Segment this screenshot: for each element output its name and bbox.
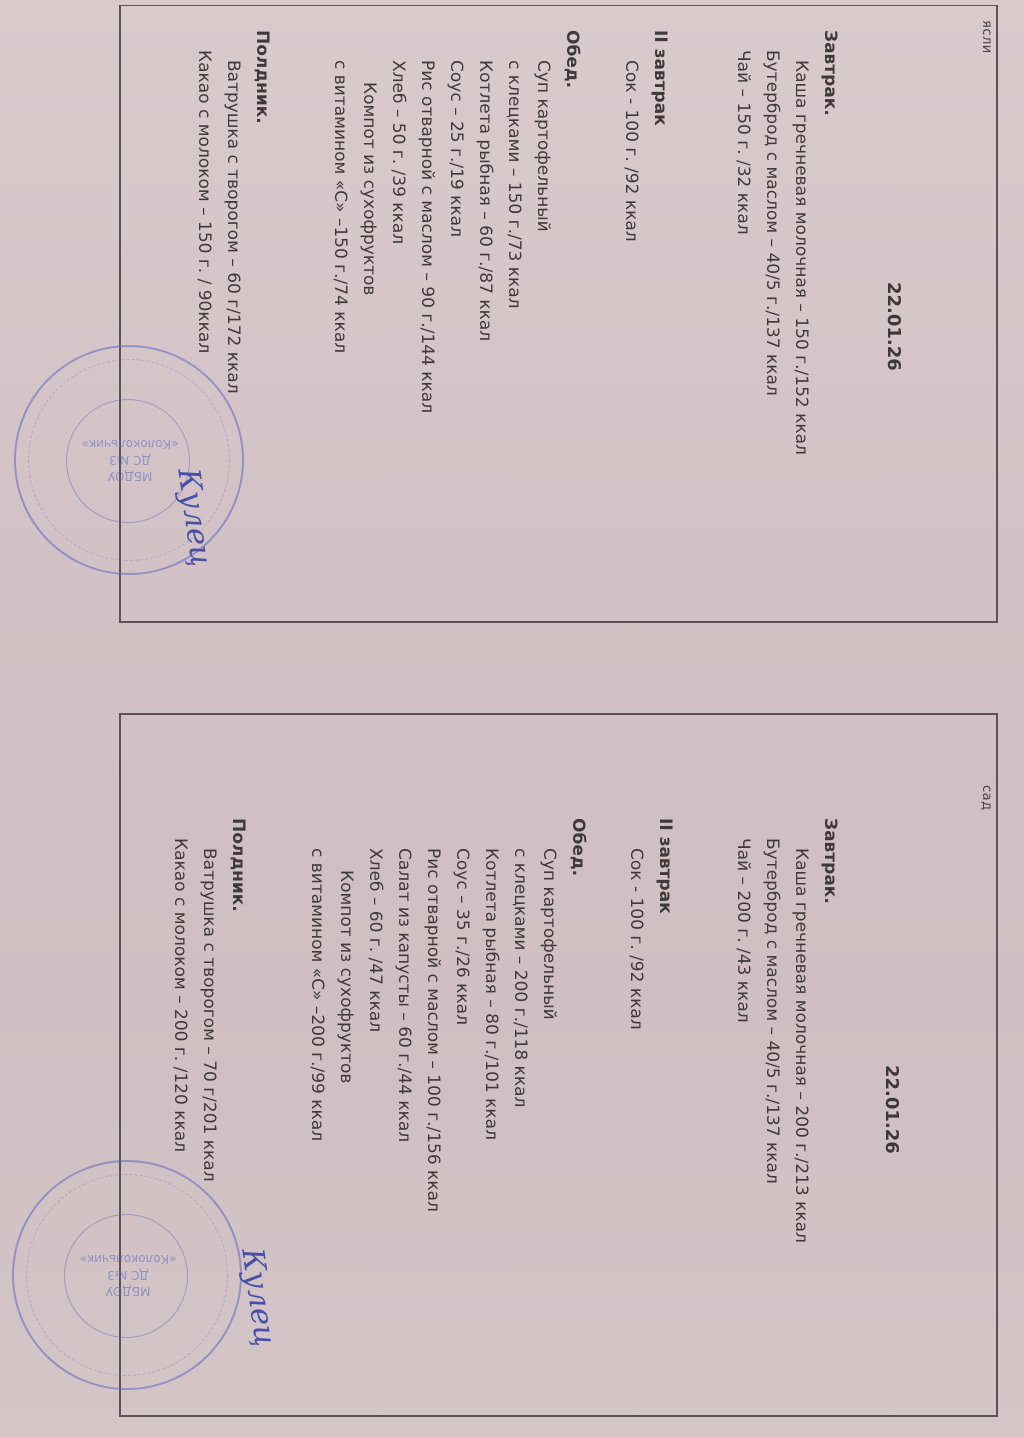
meal-title: Завтрак. [815, 818, 844, 1243]
menu-item: с витамином «С» –200 г./99 ккал [302, 818, 331, 1212]
meal-second-breakfast-nursery: II завтрак Сок - 100 г. /92 ккал [616, 30, 674, 242]
menu-item: Каша гречневая молочная – 200 г./213 кка… [786, 818, 815, 1243]
menu-item: Компот из сухофруктов [354, 30, 383, 413]
group-label-nursery: ясли [979, 20, 994, 54]
meal-title: II завтрак [645, 30, 674, 242]
menu-item: Бутерброд с маслом – 40/5 г./137 ккал [757, 818, 786, 1243]
menu-date-garden: 22.01.26 [881, 1065, 902, 1154]
meal-title: Полдник. [223, 818, 252, 1182]
menu-item: Соус – 35 г./26 ккал [447, 818, 476, 1212]
menu-item: с витамином «С» –150 г./74 ккал [325, 30, 354, 413]
menu-item: Компот из сухофруктов [331, 818, 360, 1212]
meal-title: Обед. [563, 818, 592, 1212]
menu-item: с клецками – 150 г./73 ккал [499, 30, 528, 413]
meal-title: II завтрак [650, 818, 679, 1030]
menu-item: Чай – 200 г. /43 ккал [728, 818, 757, 1243]
meal-lunch-nursery: Обед. Суп картофельный с клецками – 150 … [325, 30, 586, 413]
official-stamp-garden: МБДОУ ДС №3 «Колокольчик» [12, 1160, 242, 1390]
menu-item: Бутерброд с маслом – 40/5 г./137 ккал [757, 30, 786, 455]
meal-snack-nursery: Полдник. Ватрушка с творогом – 60 г/172 … [189, 30, 276, 394]
menu-item: Ватрушка с творогом – 60 г/172 ккал [218, 30, 247, 394]
menu-date-nursery: 22.01.26 [883, 282, 904, 371]
menu-item: Суп картофельный [528, 30, 557, 413]
menu-item: Рис отварной с маслом – 100 г./156 ккал [418, 818, 447, 1212]
menu-item: Рис отварной с маслом – 90 г./144 ккал [412, 30, 441, 413]
menu-item: с клецками – 200 г./118 ккал [505, 818, 534, 1212]
menu-item: Соус – 25 г./19 ккал [441, 30, 470, 413]
stamp-center-text: МБДОУ ДС №3 «Колокольчик» [17, 436, 243, 484]
meal-title: Полдник. [247, 30, 276, 394]
menu-document: ясли 22.01.26 Завтрак. Каша гречневая мо… [0, 0, 1024, 1437]
meal-snack-garden: Полдник. Ватрушка с творогом – 70 г/201 … [165, 818, 252, 1182]
menu-item: Котлета рыбная – 80 г./101 ккал [476, 818, 505, 1212]
meal-title: Завтрак. [815, 30, 844, 455]
stamp-center-text: МБДОУ ДС №3 «Колокольчик» [15, 1251, 241, 1299]
meal-title: Обед. [557, 30, 586, 413]
group-label-garden: сад [979, 785, 994, 811]
menu-item: Чай – 150 г. /32 ккал [728, 30, 757, 455]
meal-breakfast-nursery: Завтрак. Каша гречневая молочная – 150 г… [728, 30, 844, 455]
meal-breakfast-garden: Завтрак. Каша гречневая молочная – 200 г… [728, 818, 844, 1243]
menu-item: Салат из капусты – 60 г./44 ккал [389, 818, 418, 1212]
menu-item: Сок - 100 г. /92 ккал [616, 30, 645, 242]
menu-item: Суп картофельный [534, 818, 563, 1212]
menu-item: Хлеб – 50 г. /39 ккал [383, 30, 412, 413]
menu-item: Какао с молоком – 150 г. / 90ккал [189, 30, 218, 394]
menu-item: Хлеб – 60 г. /47 ккал [360, 818, 389, 1212]
menu-item: Котлета рыбная – 60 г./87 ккал [470, 30, 499, 413]
menu-item: Какао с молоком – 200 г. /120 ккал [165, 818, 194, 1182]
menu-item: Ватрушка с творогом – 70 г/201 ккал [194, 818, 223, 1182]
meal-second-breakfast-garden: II завтрак Сок - 100 г. /92 ккал [621, 818, 679, 1030]
meal-lunch-garden: Обед. Суп картофельный с клецками – 200 … [302, 818, 592, 1212]
menu-item: Сок - 100 г. /92 ккал [621, 818, 650, 1030]
menu-item: Каша гречневая молочная – 150 г./152 кка… [786, 30, 815, 455]
